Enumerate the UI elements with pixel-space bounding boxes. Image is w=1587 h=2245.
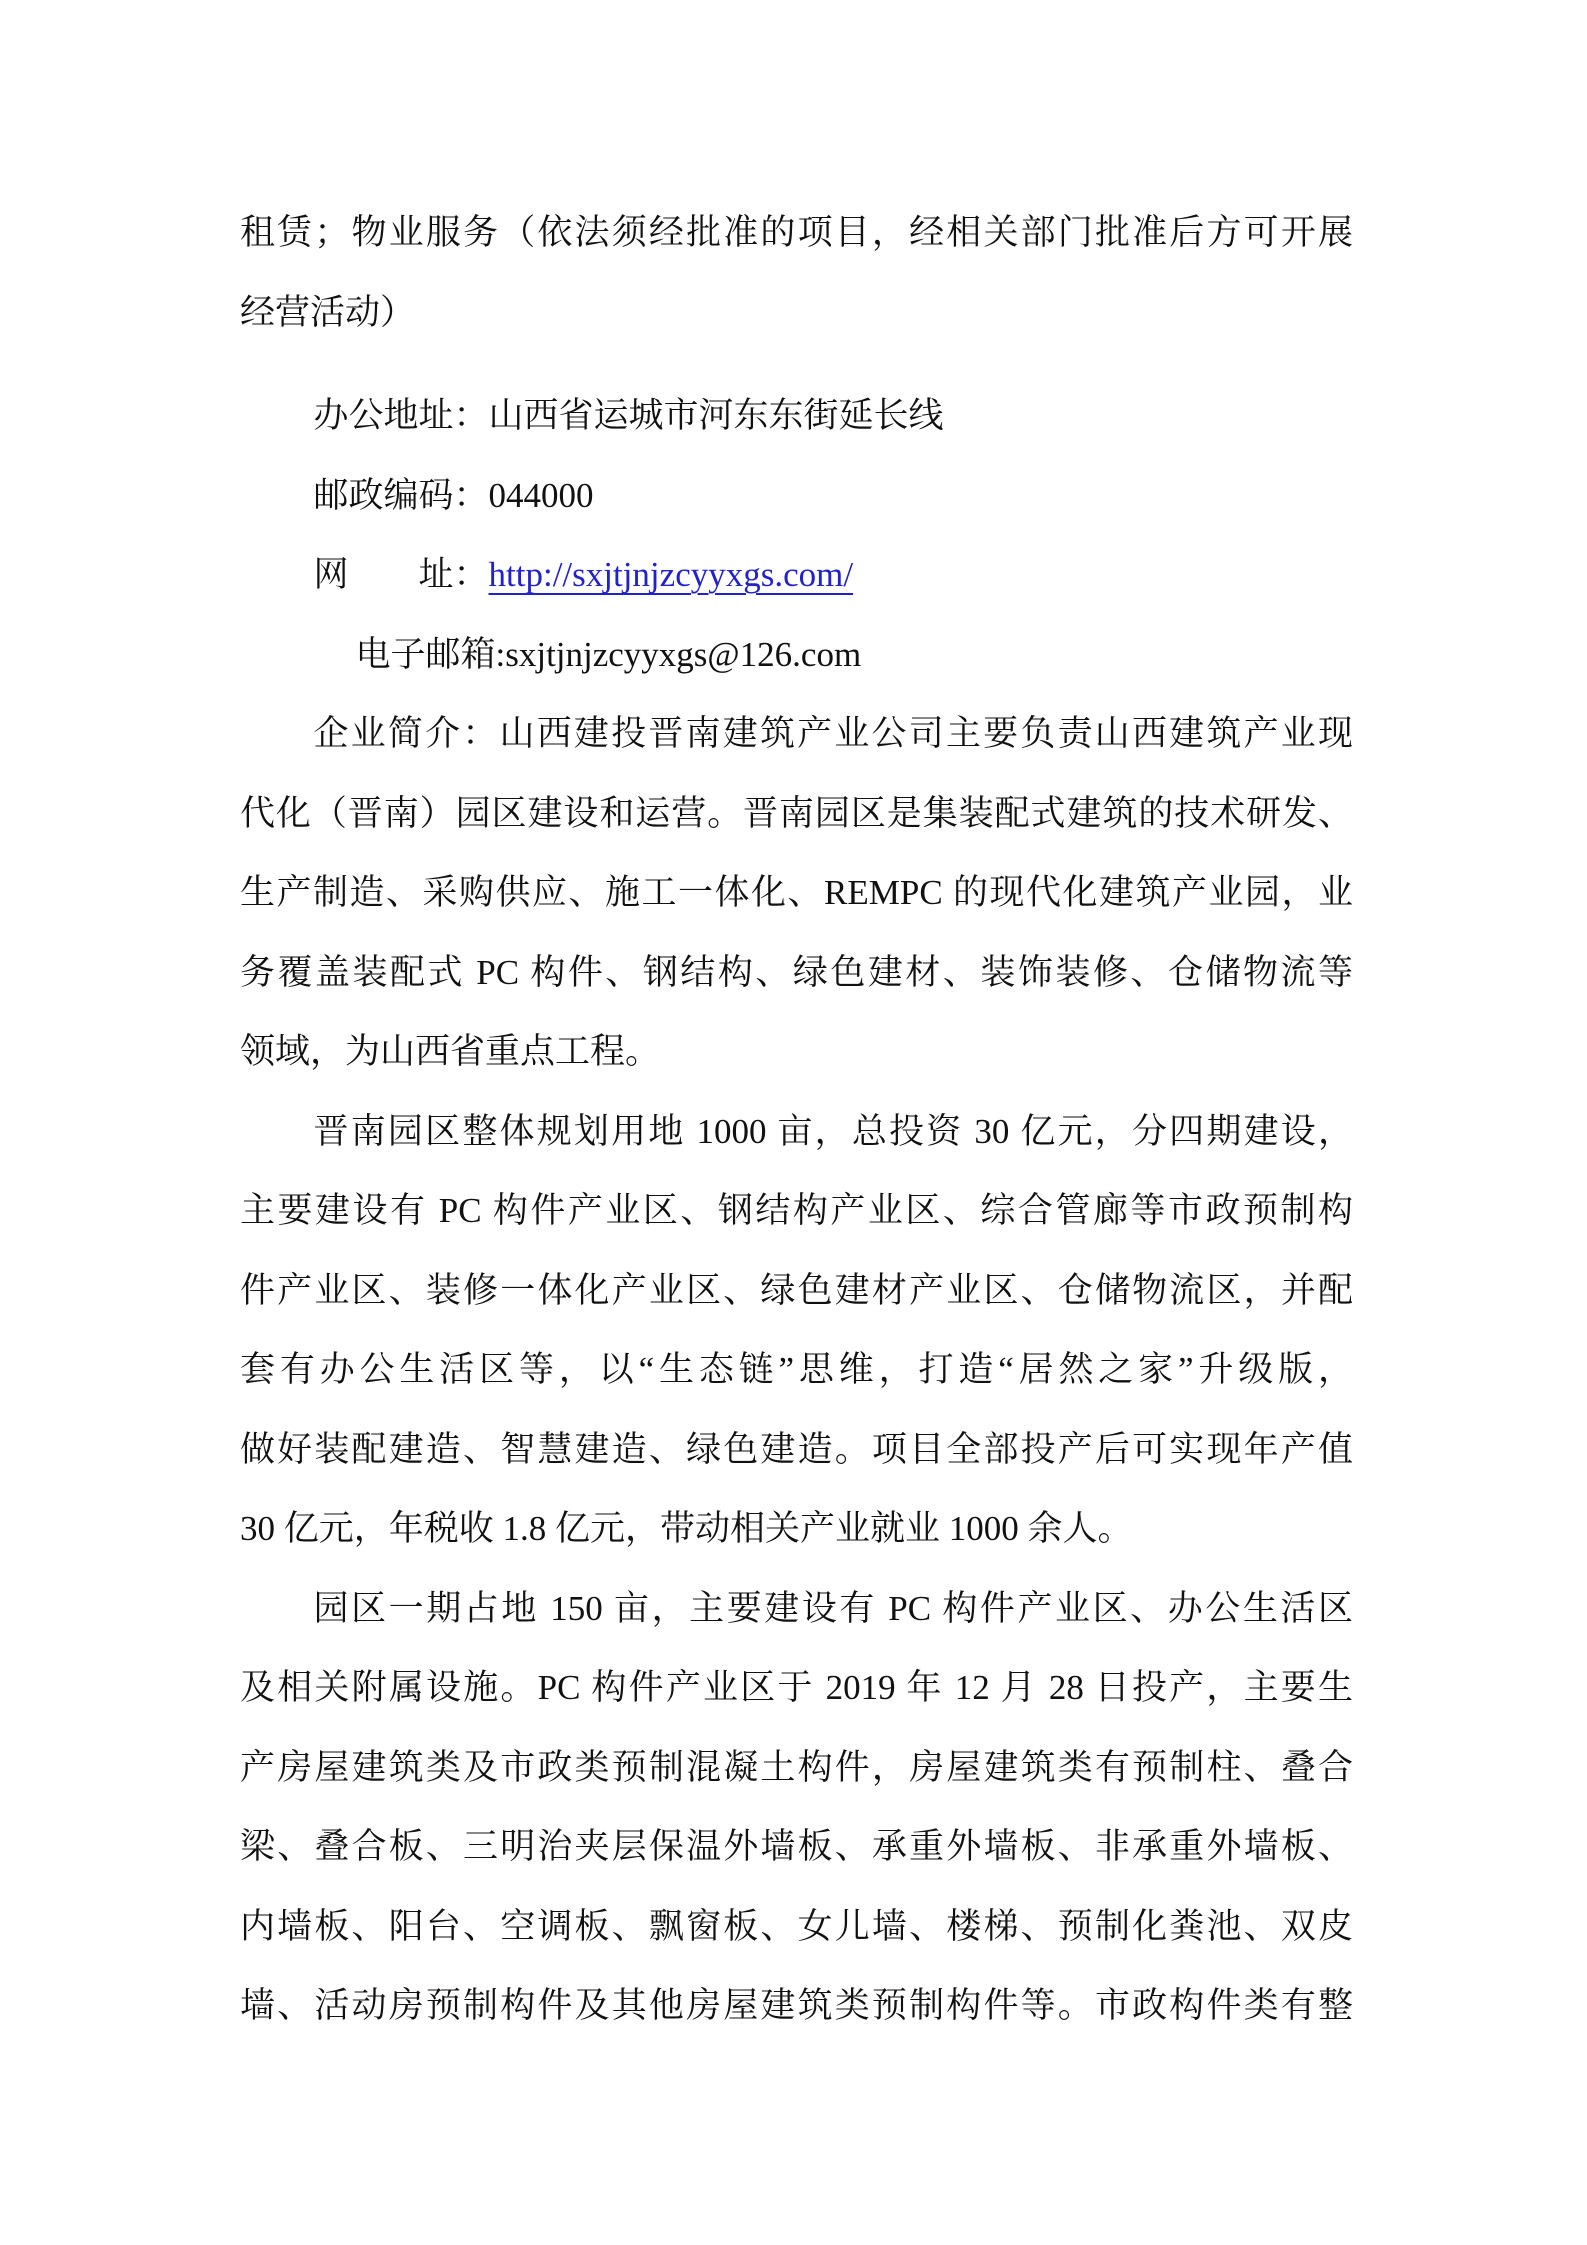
paragraph-company-profile: 企业简介：山西建投晋南建筑产业公司主要负责山西建筑产业现代化（晋南）园区建设和运… bbox=[240, 694, 1353, 1092]
text-line: 邮政编码：044000 bbox=[240, 456, 1353, 536]
text-line: 代化（晋南）园区建设和运营。晋南园区是集装配式建筑的技术研发、 bbox=[240, 774, 1353, 854]
text-line: 企业简介：山西建投晋南建筑产业公司主要负责山西建筑产业现 bbox=[240, 694, 1353, 774]
document-page: 租赁；物业服务（依法须经批准的项目，经相关部门批准后方可开展经营活动）办公地址：… bbox=[240, 193, 1353, 2046]
text-line: 务覆盖装配式 PC 构件、钢结构、绿色建材、装饰装修、仓储物流等 bbox=[240, 933, 1353, 1013]
text-line: 内墙板、阳台、空调板、飘窗板、女儿墙、楼梯、预制化粪池、双皮 bbox=[240, 1887, 1353, 1967]
paragraph-phase-one: 园区一期占地 150 亩，主要建设有 PC 构件产业区、办公生活区及相关附属设施… bbox=[240, 1569, 1353, 2046]
text-line: 做好装配建造、智慧建造、绿色建造。项目全部投产后可实现年产值 bbox=[240, 1410, 1353, 1490]
text-line: 30 亿元，年税收 1.8 亿元，带动相关产业就业 1000 余人。 bbox=[240, 1489, 1353, 1569]
text-line: 主要建设有 PC 构件产业区、钢结构产业区、综合管廊等市政预制构 bbox=[240, 1171, 1353, 1251]
text-line: 租赁；物业服务（依法须经批准的项目，经相关部门批准后方可开展 bbox=[240, 193, 1353, 273]
text-line: 生产制造、采购供应、施工一体化、REMPC 的现代化建筑产业园，业 bbox=[240, 853, 1353, 933]
text-line: 产房屋建筑类及市政类预制混凝土构件，房屋建筑类有预制柱、叠合 bbox=[240, 1728, 1353, 1808]
text-line: 经营活动） bbox=[240, 273, 1353, 353]
text-line: 电子邮箱:sxjtjnjzcyyxgs@126.com bbox=[240, 615, 1353, 695]
text-line: 套有办公生活区等，以“生态链”思维，打造“居然之家”升级版， bbox=[240, 1330, 1353, 1410]
text-line: 件产业区、装修一体化产业区、绿色建材产业区、仓储物流区，并配 bbox=[240, 1251, 1353, 1331]
paragraph-website: 网 址：http://sxjtjnjzcyyxgs.com/ bbox=[240, 535, 1353, 615]
text-line: 晋南园区整体规划用地 1000 亩，总投资 30 亿元，分四期建设， bbox=[240, 1092, 1353, 1172]
paragraph-postal-code: 邮政编码：044000 bbox=[240, 456, 1353, 536]
paragraph-office-address: 办公地址：山西省运城市河东东街延长线 bbox=[240, 376, 1353, 456]
text-line: 梁、叠合板、三明治夹层保温外墙板、承重外墙板、非承重外墙板、 bbox=[240, 1807, 1353, 1887]
text-line: 领域，为山西省重点工程。 bbox=[240, 1012, 1353, 1092]
text-line: 及相关附属设施。PC 构件产业区于 2019 年 12 月 28 日投产，主要生 bbox=[240, 1648, 1353, 1728]
website-link[interactable]: http://sxjtjnjzcyyxgs.com/ bbox=[489, 555, 854, 594]
paragraph-park-planning: 晋南园区整体规划用地 1000 亩，总投资 30 亿元，分四期建设，主要建设有 … bbox=[240, 1092, 1353, 1569]
text-line: 墙、活动房预制构件及其他房屋建筑类预制构件等。市政构件类有整 bbox=[240, 1966, 1353, 2046]
paragraph-business-scope-continuation: 租赁；物业服务（依法须经批准的项目，经相关部门批准后方可开展经营活动） bbox=[240, 193, 1353, 352]
text-line: 网 址：http://sxjtjnjzcyyxgs.com/ bbox=[240, 535, 1353, 615]
paragraph-email: 电子邮箱:sxjtjnjzcyyxgs@126.com bbox=[240, 615, 1353, 695]
document-body: 租赁；物业服务（依法须经批准的项目，经相关部门批准后方可开展经营活动）办公地址：… bbox=[240, 193, 1353, 2046]
website-label: 网 址： bbox=[314, 555, 489, 594]
text-line: 园区一期占地 150 亩，主要建设有 PC 构件产业区、办公生活区 bbox=[240, 1569, 1353, 1649]
text-line: 办公地址：山西省运城市河东东街延长线 bbox=[240, 376, 1353, 456]
